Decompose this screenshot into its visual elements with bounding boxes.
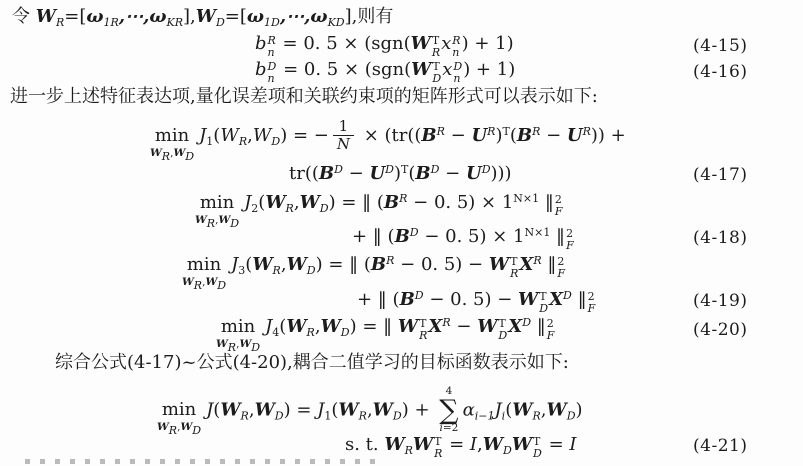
paragraph-objective-intro: 综合公式(4-17)~公式(4-20),耦合二值学习的目标函数表示如下: bbox=[55, 352, 569, 375]
equation-4-17-line-1: minWR,WDJ1(WR,WD) = −1N × (tr((BR − UR)T… bbox=[150, 118, 626, 162]
paragraph-matrix-form: 进一步上述特征表达项,量化误差项和关联约束项的矩阵形式可以表示如下: bbox=[10, 86, 598, 109]
equation-4-17-line-2: tr((BD − UD)T(BD − UD))) bbox=[289, 163, 512, 186]
equation-number-4-20: (4-20) bbox=[693, 320, 747, 340]
equation-number-4-16: (4-16) bbox=[693, 62, 747, 82]
equation-4-19-line-2: + ‖ (BD − 0. 5) − WTDXD ‖2F bbox=[357, 289, 596, 314]
equation-number-4-19: (4-19) bbox=[693, 291, 747, 311]
equation-4-20: minWR,WDJ4(WR,WD) = ‖ WTRXR − WTDXD ‖2F bbox=[216, 316, 555, 353]
equation-4-21-line-1: minWR,WDJ(WR,WD) = J1(WR,WD) + 4∑i=2αi−1… bbox=[157, 386, 583, 436]
document-page: 令 WR=[ω1R,⋯,ωKR],WD=[ω1D,⋯,ωKD],则有 bRn =… bbox=[0, 0, 803, 466]
equation-4-18-line-1: minWR,WDJ2(WR,WD) = ‖ (BR − 0. 5) × 1N×1… bbox=[195, 192, 564, 229]
paragraph-lead-in: 令 WR=[ω1R,⋯,ωKR],WD=[ω1D,⋯,ωKD],则有 bbox=[12, 6, 393, 30]
equation-number-4-18: (4-18) bbox=[693, 228, 747, 248]
equation-4-21-line-2: s. t. WRWTR = I,WDWTD = I bbox=[345, 434, 577, 459]
equation-4-16: bDn = 0. 5 × (sgn(WTDxDn) + 1) bbox=[255, 59, 515, 84]
equation-number-4-21: (4-21) bbox=[693, 436, 747, 456]
equation-4-15: bRn = 0. 5 × (sgn(WTRxRn) + 1) bbox=[255, 33, 514, 58]
equation-number-4-17: (4-17) bbox=[693, 165, 747, 185]
truncated-next-line bbox=[25, 459, 375, 464]
equation-4-19-line-1: minWR,WDJ3(WR,WD) = ‖ (BR − 0. 5) − WTRX… bbox=[182, 254, 566, 291]
equation-number-4-15: (4-15) bbox=[693, 36, 747, 56]
equation-4-18-line-2: + ‖ (BD − 0. 5) × 1N×1 ‖2F bbox=[352, 226, 575, 251]
